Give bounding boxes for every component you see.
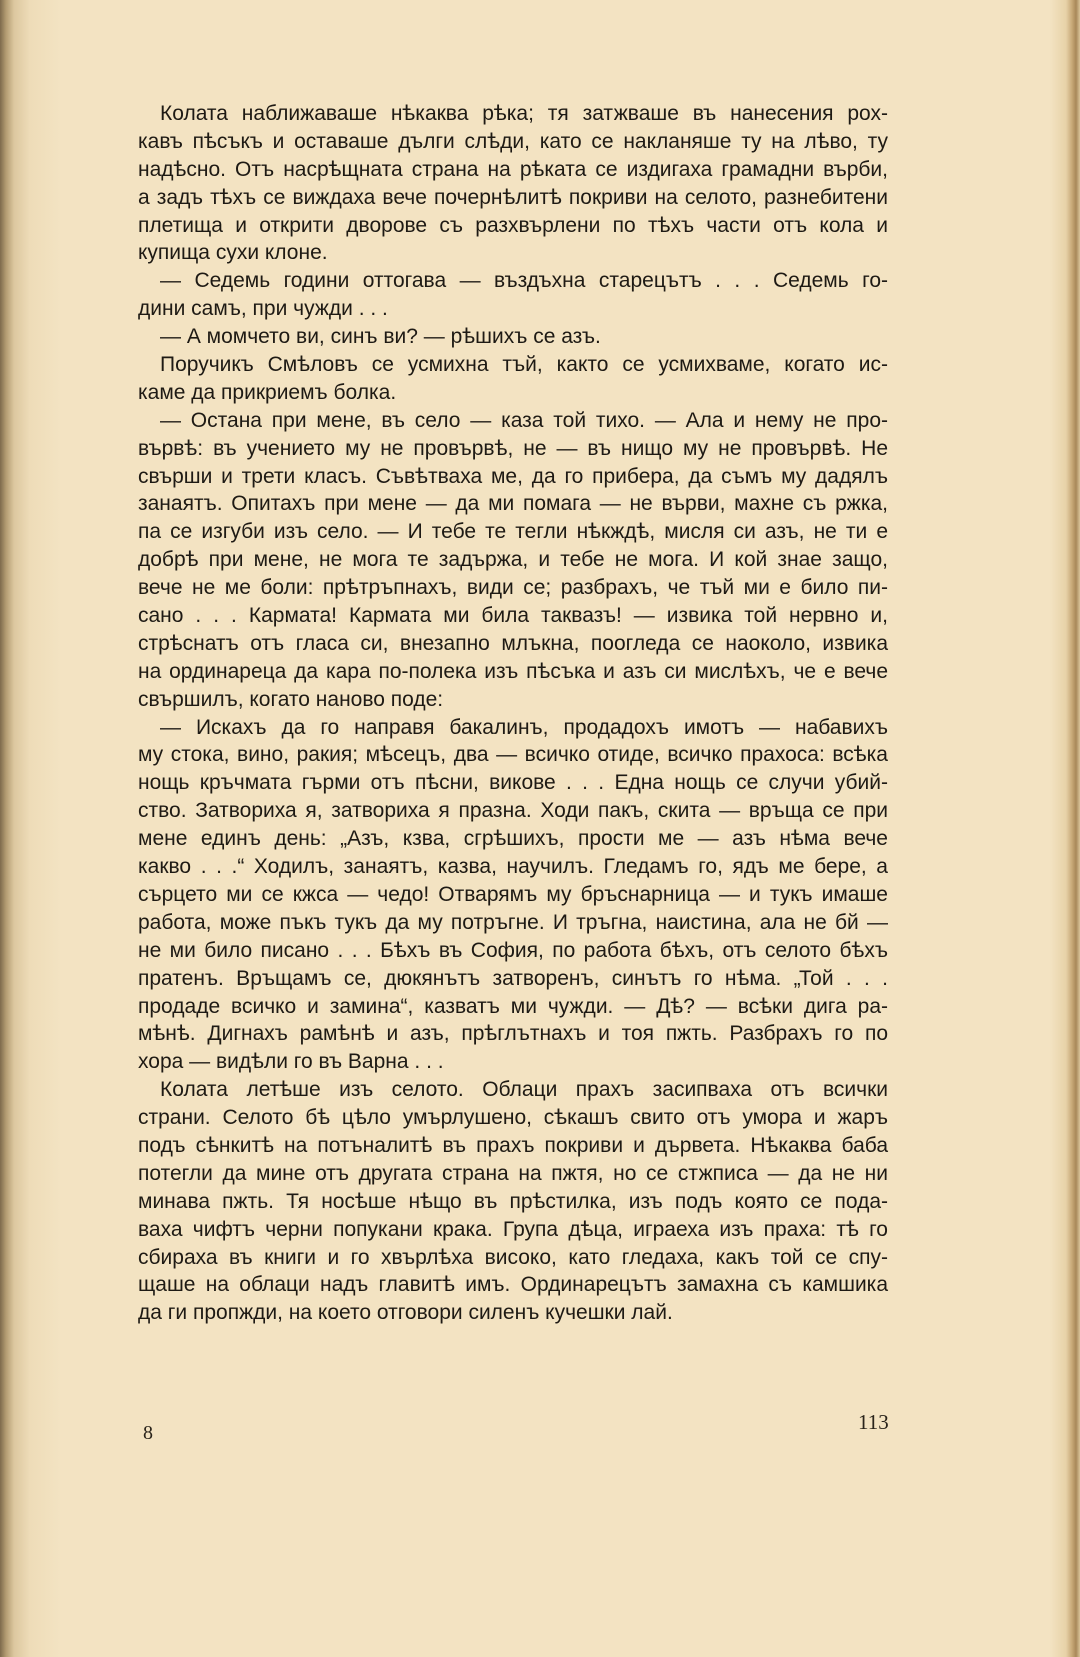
text-line: мѣнѣ. Дигнахъ рамѣнѣ и азъ, прѣглътнахъ … (138, 1020, 888, 1048)
text-line: дини самъ, при чужди . . . (138, 295, 888, 323)
text-line: минава пжть. Тя носѣше нѣщо въ прѣстилка… (138, 1188, 888, 1216)
text-line: какво . . .“ Ходилъ, занаятъ, казва, нау… (138, 853, 888, 881)
text-line: ство. Затвориха я, затвориха я празна. Х… (138, 797, 888, 825)
text-line: потегли да мине отъ другата страна на пж… (138, 1160, 888, 1188)
text-line: кавъ пѣсъкъ и оставаше дълги слѣди, като… (138, 128, 888, 156)
text-line: страни. Селото бѣ цѣло умърлушено, сѣкаш… (138, 1104, 888, 1132)
text-line: добрѣ при мене, не мога те задържа, и те… (138, 546, 888, 574)
text-line: на ординареца да кара по-полека изъ пѣсъ… (138, 658, 888, 686)
text-line: Поручикъ Смѣловъ се усмихна тъй, както с… (138, 351, 888, 379)
body-text: Колата наближаваше нѣкаква рѣка; тя затж… (138, 100, 888, 1327)
text-line: работа, може пъкъ тукъ да му потръгне. И… (138, 909, 888, 937)
signature-mark: 8 (143, 1422, 153, 1445)
text-line: вървѣ: въ учението му не провървѣ, не — … (138, 435, 888, 463)
text-line: — А момчето ви, синъ ви? — рѣшихъ се азъ… (138, 323, 888, 351)
text-line: не ми било писано . . . Бѣхъ въ София, п… (138, 937, 888, 965)
text-line: надѣсно. Отъ насрѣщната страна на рѣката… (138, 156, 888, 184)
text-line: купища сухи клоне. (138, 239, 888, 267)
text-line: щаше на облаци надъ главитѣ имъ. Ординар… (138, 1271, 888, 1299)
text-line: — Остана при мене, въ село — каза той ти… (138, 407, 888, 435)
text-line: — Седемь години оттогава — въздъхна стар… (138, 267, 888, 295)
text-line: стрѣснатъ отъ гласа си, внезапно млъкна,… (138, 630, 888, 658)
page-number: 113 (858, 1410, 889, 1435)
text-line: па се изгуби изъ село. — И тебе те тегли… (138, 518, 888, 546)
text-line: ваха чифтъ черни попукани крака. Група д… (138, 1216, 888, 1244)
text-line: свършилъ, когато наново поде: (138, 686, 888, 714)
text-line: свърши и трети класъ. Съвѣтваха ме, да г… (138, 463, 888, 491)
text-line: Колата летѣше изъ селото. Облаци прахъ з… (138, 1076, 888, 1104)
text-line: да ги пропжди, на което отговори силенъ … (138, 1299, 888, 1327)
text-line: хора — видѣли го въ Варна . . . (138, 1048, 888, 1076)
text-line: сбираха въ книги и го хвърлѣха високо, к… (138, 1244, 888, 1272)
text-line: Колата наближаваше нѣкаква рѣка; тя затж… (138, 100, 888, 128)
text-line: продаде всичко и замина“, казватъ ми чуж… (138, 993, 888, 1021)
scanned-book-page: Колата наближаваше нѣкаква рѣка; тя затж… (0, 0, 1080, 1657)
text-line: сано . . . Кармата! Кармата ми била такв… (138, 602, 888, 630)
text-line: нощь кръчмата гърми отъ пѣсни, викове . … (138, 769, 888, 797)
text-line: вече не ме боли: прѣтръпнахъ, види се; р… (138, 574, 888, 602)
text-line: каме да прикриемъ болка. (138, 379, 888, 407)
text-line: сърцето ми се кжса — чедо! Отварямъ му б… (138, 881, 888, 909)
text-line: — Искахъ да го направя бакалинъ, продадо… (138, 714, 888, 742)
text-line: плетища и открити дворове съ разхвърлени… (138, 212, 888, 240)
text-line: му стока, вино, ракия; мѣсецъ, два — вси… (138, 741, 888, 769)
text-line: подъ сѣнкитѣ на потъналитѣ въ прахъ покр… (138, 1132, 888, 1160)
text-line: пратенъ. Връщамъ се, дюкянътъ затворенъ,… (138, 965, 888, 993)
text-line: занаятъ. Опитахъ при мене — да ми помага… (138, 490, 888, 518)
text-line: а задъ тѣхъ се виждаха вече почернѣлитѣ … (138, 184, 888, 212)
text-line: мене единъ день: „Азъ, кзва, сгрѣшихъ, п… (138, 825, 888, 853)
